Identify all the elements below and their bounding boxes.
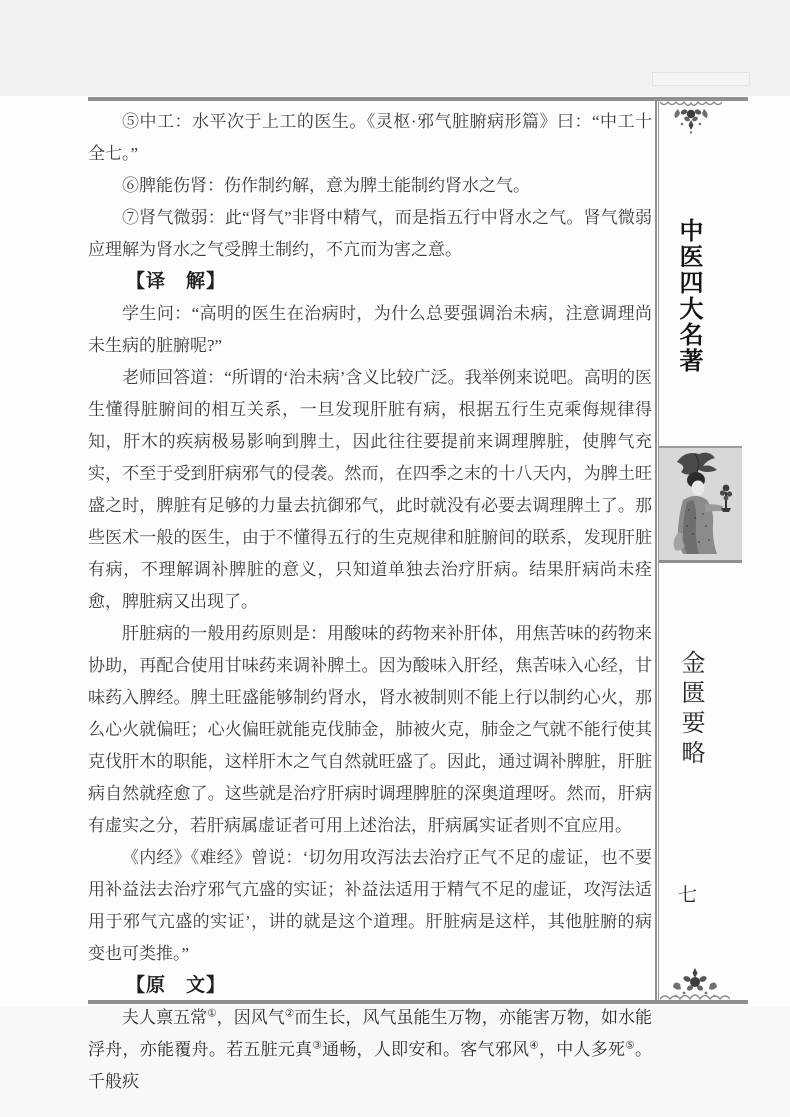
- page-number: 七: [678, 880, 697, 907]
- top-lace-ornament-icon: [660, 101, 722, 140]
- annotation-note-7: ⑦肾气微弱：此“肾气”非肾中精气，而是指五行中肾水之气。肾气微弱应理解为肾水之气…: [88, 202, 652, 266]
- main-text-column: ⑤中工：水平次于上工的医生。《灵枢·邪气脏腑病形篇》曰：“中工十全七。” ⑥脾能…: [88, 106, 652, 1098]
- series-title-vertical: 中医四大名著: [671, 218, 706, 374]
- top-rule-line: [88, 97, 748, 101]
- translation-paragraph-3: 肝脏病的一般用药原则是：用酸味的药物来补肝体，用焦苦味的药物来协助，再配合使用甘…: [88, 618, 652, 842]
- sidebar-illustration: [659, 446, 742, 563]
- translation-paragraph-2: 老师回答道：“所谓的‘治未病’含义比较广泛。我举例来说吧。高明的医生懂得脏腑间的…: [88, 362, 652, 618]
- annotation-note-5: ⑤中工：水平次于上工的医生。《灵枢·邪气脏腑病形篇》曰：“中工十全七。”: [88, 106, 652, 170]
- original-text-paragraph: 夫人禀五常①，因风气②而生长，风气虽能生万物，亦能害万物，如水能浮舟，亦能覆舟。…: [88, 1002, 652, 1098]
- translation-paragraph-1: 学生问：“高明的医生在治病时，为什么总要强调治未病，注意调理尚未生病的脏腑呢?”: [88, 298, 652, 362]
- book-title-vertical: 金匮要略: [673, 650, 708, 770]
- bottom-lace-ornament-icon: [660, 962, 730, 1005]
- translation-paragraph-4: 《内经》《难经》曾说：‘切勿用攻泻法去治疗正气不足的虚证，也不要用补益法去治疗邪…: [88, 842, 652, 970]
- classical-figure-with-herb-icon: [659, 448, 742, 555]
- section-heading-translation: 【译 解】: [88, 266, 652, 298]
- annotation-note-6: ⑥脾能伤肾：伤作制约解，意为脾土能制约肾水之气。: [88, 170, 652, 202]
- section-heading-original-text: 【原 文】: [88, 970, 652, 1002]
- page-edge-artifact: [652, 72, 750, 86]
